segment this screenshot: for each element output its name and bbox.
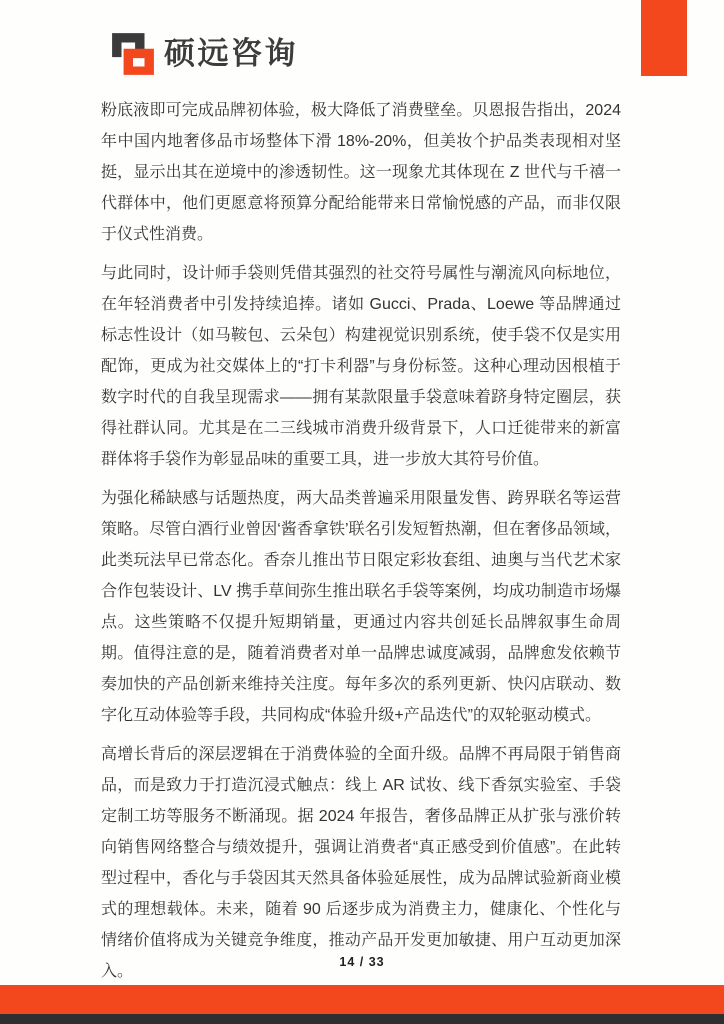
document-page: 硕远咨询 粉底液即可完成品牌初体验，极大降低了消费壁垒。贝恩报告指出，2024 … bbox=[0, 0, 724, 1024]
brand-name: 硕远咨询 bbox=[164, 31, 298, 77]
body-paragraph: 粉底液即可完成品牌初体验，极大降低了消费壁垒。贝恩报告指出，2024 年中国内地… bbox=[101, 95, 621, 250]
footer-accent-bar bbox=[0, 985, 724, 1014]
header-accent-block bbox=[641, 0, 687, 76]
page-number: 14 / 33 bbox=[0, 955, 724, 969]
footer-dark-bar bbox=[0, 1014, 724, 1024]
body-paragraph: 为强化稀缺感与话题热度，两大品类普遍采用限量发售、跨界联名等运营策略。尽管白酒行… bbox=[101, 483, 621, 731]
brand-logo: 硕远咨询 bbox=[110, 31, 298, 77]
report-body: 粉底液即可完成品牌初体验，极大降低了消费壁垒。贝恩报告指出，2024 年中国内地… bbox=[101, 95, 621, 995]
body-paragraph: 与此同时，设计师手袋则凭借其强烈的社交符号属性与潮流风向标地位，在年轻消费者中引… bbox=[101, 258, 621, 475]
body-paragraph: 高增长背后的深层逻辑在于消费体验的全面升级。品牌不再局限于销售商品，而是致力于打… bbox=[101, 739, 621, 987]
brand-logo-icon bbox=[110, 31, 156, 77]
